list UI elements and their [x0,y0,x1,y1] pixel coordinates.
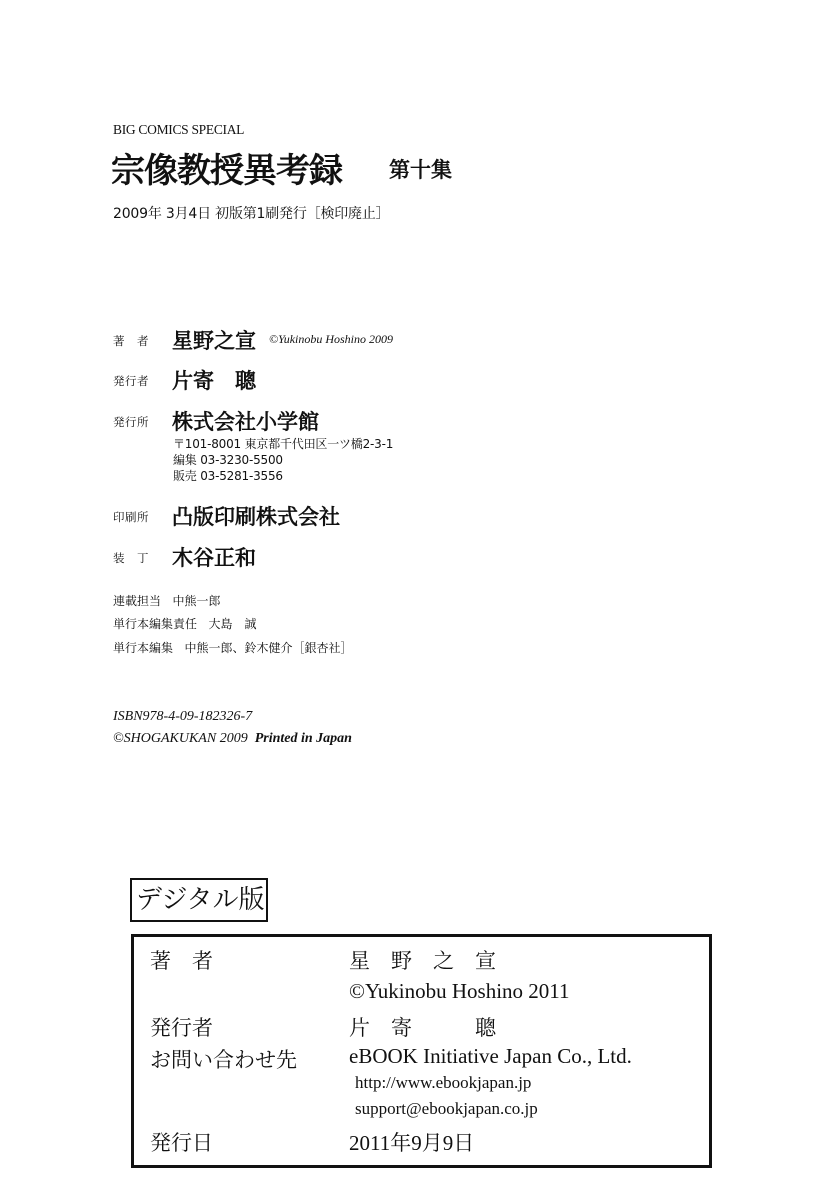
staff-label: 単行本編集責任 [113,617,197,631]
credit-value-publishing-house: 株式会社小学館 [172,406,319,436]
staff-value: 大島 誠 [208,617,256,631]
credit-label-publisher: 発行者 [113,373,149,389]
staff-value: 中熊一郎 [172,594,220,608]
digital-value-date: 2011年9月9日 [349,1127,474,1157]
copyright-text: ©SHOGAKUKAN 2009 [113,731,248,746]
digital-label-author: 著 者 [150,945,213,975]
printed-in-japan: Printed in Japan [255,731,352,746]
digital-value-contact: eBOOK Initiative Japan Co., Ltd. [349,1044,632,1069]
staff-serial-editor: 連載担当 中熊一郎 [113,592,220,609]
staff-book-editor: 単行本編集 中熊一郎、鈴木健介［銀杏社］ [113,639,352,656]
staff-label: 単行本編集 [113,641,173,655]
digital-label-contact: お問い合わせ先 [150,1044,297,1074]
credit-label-printer: 印刷所 [113,509,149,525]
digital-label-publisher: 発行者 [150,1012,213,1042]
isbn: ISBN978-4-09-182326-7 [113,709,252,725]
edition-date: 2009年 3月4日 初版第1刷発行［検印廃止］ [113,203,389,223]
credit-value-publisher: 片寄 聰 [172,365,256,395]
volume-number: 第十集 [389,154,452,184]
credit-label-design: 装 丁 [113,550,149,566]
sales-phone: 販売 03-5281-3556 [173,467,283,484]
staff-value: 中熊一郎、鈴木健介［銀杏社］ [184,641,352,655]
publisher-address: 〒101-8001 東京都千代田区一ツ橋2-3-1 [173,435,393,452]
credit-label-publishing-house: 発行所 [113,414,149,430]
digital-contact-url[interactable]: http://www.ebookjapan.jp [355,1073,531,1093]
digital-edition-badge: デジタル版 [130,878,268,922]
book-title: 宗像教授異考録 [111,143,342,192]
credit-value-author: 星野之宣 [172,325,256,355]
credit-value-design: 木谷正和 [172,542,256,572]
credit-value-printer: 凸版印刷株式会社 [172,501,340,531]
staff-label: 連載担当 [113,594,161,608]
digital-value-publisher: 片 寄 聰 [349,1012,496,1042]
series-name: BIG COMICS SPECIAL [113,122,244,138]
staff-chief-editor: 単行本編集責任 大島 誠 [113,615,256,632]
digital-value-author: 星 野 之 宣 [349,945,496,975]
author-copyright: ©Yukinobu Hoshino 2009 [269,332,393,347]
publisher-copyright: ©SHOGAKUKAN 2009 Printed in Japan [113,731,352,747]
digital-label-date: 発行日 [150,1127,213,1157]
credit-label-author: 著 者 [113,333,149,349]
digital-contact-email[interactable]: support@ebookjapan.co.jp [355,1099,538,1119]
editorial-phone: 編集 03-3230-5500 [173,451,283,468]
digital-value-author-copyright: ©Yukinobu Hoshino 2011 [349,979,570,1004]
